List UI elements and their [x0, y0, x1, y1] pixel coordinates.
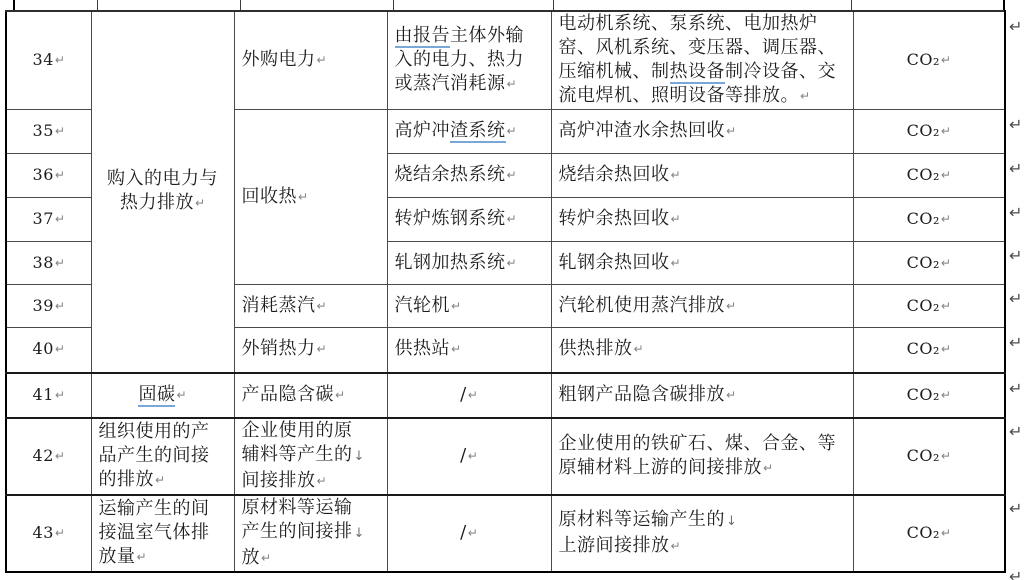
cell-end-mark: ↵	[451, 342, 461, 356]
source-line: 由报告主体外输	[395, 24, 544, 48]
table-row-41: 41↵ 固碳↵ 产品隐含碳↵ /↵ 粗钢产品隐含碳排放↵ CO₂↵	[6, 373, 1005, 418]
cell-end-mark: ↵	[55, 342, 65, 356]
fragment-border	[13, 0, 15, 10]
cell-end-mark: ↵	[55, 388, 65, 402]
cell-end-mark: ↵	[55, 449, 65, 463]
cell-description-41[interactable]: 粗钢产品隐含碳排放↵	[551, 373, 853, 418]
cell-source-40[interactable]: 供热站↵	[387, 328, 551, 373]
fragment-border	[97, 0, 98, 10]
row-number: 34	[33, 50, 54, 69]
table-row-34: 34↵ 购入的电力与 热力排放↵ 外购电力↵ 由报告主体外输 入的电力、热力 或…	[6, 11, 1005, 110]
cell-end-mark: ↵	[941, 388, 951, 402]
row-number: 35	[33, 121, 54, 140]
row-end-mark: ↵	[1009, 380, 1024, 398]
row-number: 36	[33, 165, 54, 184]
category-line: 运输产生的间	[99, 497, 227, 521]
subcategory-line: 间接排放↵	[242, 469, 380, 494]
source-line: 烧结余热系统↵	[395, 163, 544, 188]
cell-end-mark: ↵	[468, 388, 478, 402]
cell-description-34[interactable]: 电动机系统、泵系统、电加热炉 窑、风机系统、变压器、调压器、 压缩机械、制热设备…	[551, 11, 853, 110]
cell-end-mark: ↵	[507, 77, 517, 91]
row-end-mark: ↵	[1009, 290, 1024, 308]
cell-end-mark: ↵	[941, 342, 951, 356]
cell-end-mark: ↵	[941, 168, 951, 182]
row-number: 42	[33, 446, 54, 465]
cell-subcategory-embedded-carbon[interactable]: 产品隐含碳↵	[234, 373, 387, 418]
description-line: 压缩机械、制热设备制冷设备、交	[559, 60, 846, 84]
cell-description-43[interactable]: 原材料等运输产生的↓ 上游间接排放↵	[551, 495, 853, 572]
description-line: 企业使用的铁矿石、煤、合金、等	[559, 432, 846, 456]
cell-end-mark: ↵	[55, 53, 65, 67]
row-number: 38	[33, 253, 54, 272]
row-end-mark: ↵	[1009, 18, 1024, 36]
category-line: 热力排放↵	[94, 191, 232, 216]
fragment-border	[1003, 0, 1005, 10]
cell-end-mark: ↵	[763, 461, 773, 475]
cell-end-mark: ↵	[195, 196, 205, 210]
gas-label: CO₂	[907, 50, 940, 69]
row-42-number-cell[interactable]: 42↵	[6, 418, 91, 495]
cell-category-indirect-product[interactable]: 组织使用的产 品产生的间接 的排放↵	[91, 418, 234, 495]
cell-end-mark: ↵	[468, 449, 478, 463]
spellcheck-underline: 热设备	[670, 61, 726, 84]
cell-end-mark: ↵	[317, 342, 327, 356]
cell-end-mark: ↵	[671, 212, 681, 226]
gas-label: CO₂	[907, 253, 940, 272]
cell-end-mark: ↵	[941, 256, 951, 270]
cell-gas-36[interactable]: CO₂↵	[853, 154, 1005, 198]
cell-end-mark: ↵	[335, 388, 345, 402]
cell-source-34[interactable]: 由报告主体外输 入的电力、热力 或蒸汽消耗源↵	[387, 11, 551, 110]
spellcheck-underline: 由报告	[395, 25, 451, 48]
gas-label: CO₂	[907, 121, 940, 140]
cell-end-mark: ↵	[317, 474, 327, 488]
row-end-mark: ↵	[1009, 247, 1024, 265]
cell-end-mark: ↵	[317, 299, 327, 313]
cell-end-mark: ↵	[507, 256, 517, 270]
cell-end-mark: ↵	[507, 168, 517, 182]
description-line: 汽轮机使用蒸汽排放↵	[559, 294, 846, 319]
gas-label: CO₂	[907, 523, 940, 542]
row-39-number-cell[interactable]: 39↵	[6, 285, 91, 328]
description-line: 粗钢产品隐含碳排放↵	[559, 383, 846, 408]
cell-end-mark: ↵	[941, 124, 951, 138]
source-line: 入的电力、热力	[395, 48, 544, 72]
cell-category-transport-indirect[interactable]: 运输产生的间 接温室气体排 放量↵	[91, 495, 234, 572]
cell-description-40[interactable]: 供热排放↵	[551, 328, 853, 373]
source-line: 供热站↵	[395, 337, 544, 362]
cell-description-35[interactable]: 高炉冲渣水余热回收↵	[551, 110, 853, 154]
source-line: 或蒸汽消耗源↵	[395, 72, 544, 97]
cell-end-mark: ↵	[317, 53, 327, 67]
gas-label: CO₂	[907, 209, 940, 228]
line-break-mark: ↓	[726, 514, 737, 529]
row-number: 43	[33, 523, 54, 542]
cell-description-36[interactable]: 烧结余热回收↵	[551, 154, 853, 198]
description-line: 转炉余热回收↵	[559, 207, 846, 232]
cell-source-38[interactable]: 轧钢加热系统↵	[387, 242, 551, 285]
row-37-number-cell[interactable]: 37↵	[6, 198, 91, 242]
cell-end-mark: ↵	[941, 526, 951, 540]
row-end-mark: ↵	[1009, 568, 1024, 580]
source-slash: /↵	[390, 383, 549, 408]
description-line: 高炉冲渣水余热回收↵	[559, 119, 846, 144]
cell-subcategory-recovered-heat[interactable]: 回收热↵	[234, 110, 387, 285]
row-41-number-cell[interactable]: 41↵	[6, 373, 91, 418]
row-number: 41	[33, 385, 54, 404]
table-row-42: 42↵ 组织使用的产 品产生的间接 的排放↵ 企业使用的原 辅料等产生的↓ 间接…	[6, 418, 1005, 495]
cell-description-37[interactable]: 转炉余热回收↵	[551, 198, 853, 242]
cell-end-mark: ↵	[55, 299, 65, 313]
cell-end-mark: ↵	[507, 124, 517, 138]
row-34-number-cell[interactable]: 34↵	[6, 11, 91, 110]
row-number: 40	[33, 339, 54, 358]
row-number: 39	[33, 296, 54, 315]
cell-end-mark: ↵	[507, 212, 517, 226]
row-end-mark: ↵	[1009, 204, 1024, 222]
cell-gas-34[interactable]: CO₂↵	[853, 11, 1005, 110]
fragment-border	[240, 0, 241, 10]
cell-subcategory-transport[interactable]: 原材料等运输 产生的间接排↓ 放↵	[234, 495, 387, 572]
document-page: 34↵ 购入的电力与 热力排放↵ 外购电力↵ 由报告主体外输 入的电力、热力 或…	[0, 0, 1024, 580]
cell-category-carbon-fixation[interactable]: 固碳↵	[91, 373, 234, 418]
cell-end-mark: ↵	[137, 550, 147, 564]
cell-subcategory-raw-materials[interactable]: 企业使用的原 辅料等产生的↓ 间接排放↵	[234, 418, 387, 495]
category-line: 固碳↵	[94, 383, 232, 408]
cell-gas-35[interactable]: CO₂↵	[853, 110, 1005, 154]
cell-description-42[interactable]: 企业使用的铁矿石、煤、合金、等 原辅材料上游的间接排放↵	[551, 418, 853, 495]
line-break-mark: ↓	[354, 526, 365, 541]
cell-end-mark: ↵	[451, 299, 461, 313]
subcategory-line: 放↵	[242, 546, 380, 571]
cell-end-mark: ↵	[55, 168, 65, 182]
cell-end-mark: ↵	[671, 539, 681, 553]
fragment-border	[393, 0, 394, 10]
spellcheck-underline: 渣系统	[450, 120, 506, 143]
source-line: 高炉冲渣系统↵	[395, 119, 544, 144]
category-line: 的排放↵	[99, 468, 227, 493]
line-break-mark: ↓	[354, 449, 365, 464]
subcategory-label: 产品隐含碳↵	[242, 383, 380, 408]
row-number: 37	[33, 209, 54, 228]
row-end-mark: ↵	[1009, 500, 1024, 518]
cell-subcategory-purchased-power[interactable]: 外购电力↵	[234, 11, 387, 110]
subcategory-label: 外购电力↵	[242, 48, 380, 73]
fragment-border	[851, 0, 852, 10]
description-line: 窑、风机系统、变压器、调压器、	[559, 36, 846, 60]
subcategory-label: 外销热力↵	[242, 337, 380, 362]
row-end-mark: ↵	[1009, 423, 1024, 441]
source-slash: /↵	[390, 521, 549, 546]
source-line: 汽轮机↵	[395, 294, 544, 319]
row-end-mark: ↵	[1009, 334, 1024, 352]
cell-end-mark: ↵	[155, 473, 165, 487]
gas-label: CO₂	[907, 296, 940, 315]
source-line: 轧钢加热系统↵	[395, 251, 544, 276]
subcategory-line: 原材料等运输	[242, 496, 380, 520]
description-line: 电动机系统、泵系统、电加热炉	[559, 12, 846, 36]
category-line: 购入的电力与	[94, 167, 232, 191]
cell-end-mark: ↵	[261, 551, 271, 565]
cell-end-mark: ↵	[468, 526, 478, 540]
subcategory-line: 企业使用的原	[242, 419, 380, 443]
cell-gas-37[interactable]: CO₂↵	[853, 198, 1005, 242]
category-line: 接温室气体排	[99, 521, 227, 545]
cell-end-mark: ↵	[55, 212, 65, 226]
cell-end-mark: ↵	[800, 89, 810, 103]
cell-end-mark: ↵	[726, 388, 736, 402]
cell-end-mark: ↵	[941, 449, 951, 463]
cell-gas-42[interactable]: CO₂↵	[853, 418, 1005, 495]
cell-end-mark: ↵	[941, 53, 951, 67]
row-end-mark: ↵	[1009, 160, 1024, 178]
cell-description-39[interactable]: 汽轮机使用蒸汽排放↵	[551, 285, 853, 328]
row-38-number-cell[interactable]: 38↵	[6, 242, 91, 285]
cell-end-mark: ↵	[55, 256, 65, 270]
fragment-border	[553, 0, 554, 10]
description-line: 原辅材料上游的间接排放↵	[559, 456, 846, 481]
gas-label: CO₂	[907, 339, 940, 358]
cell-gas-41[interactable]: CO₂↵	[853, 373, 1005, 418]
gas-label: CO₂	[907, 385, 940, 404]
cell-gas-39[interactable]: CO₂↵	[853, 285, 1005, 328]
cell-end-mark: ↵	[634, 342, 644, 356]
description-line: 供热排放↵	[559, 337, 846, 362]
cell-subcategory-steam-consumed[interactable]: 消耗蒸汽↵	[234, 285, 387, 328]
description-line: 原材料等运输产生的↓	[559, 508, 846, 534]
cell-end-mark: ↵	[941, 299, 951, 313]
cell-end-mark: ↵	[298, 190, 308, 204]
cell-end-mark: ↵	[726, 124, 736, 138]
row-43-number-cell[interactable]: 43↵	[6, 495, 91, 572]
gas-label: CO₂	[907, 446, 940, 465]
cell-end-mark: ↵	[726, 299, 736, 313]
subcategory-label: 回收热↵	[242, 185, 380, 210]
cell-end-mark: ↵	[671, 168, 681, 182]
cell-end-mark: ↵	[176, 388, 186, 402]
gas-label: CO₂	[907, 165, 940, 184]
cell-source-41[interactable]: /↵	[387, 373, 551, 418]
description-line: 上游间接排放↵	[559, 534, 846, 559]
category-line: 品产生的间接	[99, 444, 227, 468]
cell-gas-40[interactable]: CO₂↵	[853, 328, 1005, 373]
cell-end-mark: ↵	[671, 256, 681, 270]
cell-category-electricity-heat[interactable]: 购入的电力与 热力排放↵	[91, 11, 234, 373]
emission-sources-table: 34↵ 购入的电力与 热力排放↵ 外购电力↵ 由报告主体外输 入的电力、热力 或…	[5, 10, 1006, 573]
description-line: 流电焊机、照明设备等排放。↵	[559, 84, 846, 109]
cell-source-35[interactable]: 高炉冲渣系统↵	[387, 110, 551, 154]
cell-end-mark: ↵	[55, 526, 65, 540]
cell-end-mark: ↵	[941, 212, 951, 226]
cell-source-42[interactable]: /↵	[387, 418, 551, 495]
description-line: 轧钢余热回收↵	[559, 251, 846, 276]
cell-source-37[interactable]: 转炉炼钢系统↵	[387, 198, 551, 242]
row-end-mark: ↵	[1009, 116, 1024, 134]
table-row-43: 43↵ 运输产生的间 接温室气体排 放量↵ 原材料等运输 产生的间接排↓ 放↵ …	[6, 495, 1005, 572]
row-36-number-cell[interactable]: 36↵	[6, 154, 91, 198]
subcategory-label: 消耗蒸汽↵	[242, 294, 380, 319]
subcategory-line: 辅料等产生的↓	[242, 443, 380, 469]
cell-source-36[interactable]: 烧结余热系统↵	[387, 154, 551, 198]
cell-description-38[interactable]: 轧钢余热回收↵	[551, 242, 853, 285]
source-line: 转炉炼钢系统↵	[395, 207, 544, 232]
row-35-number-cell[interactable]: 35↵	[6, 110, 91, 154]
source-slash: /↵	[390, 444, 549, 469]
spellcheck-underline: 固碳	[138, 384, 175, 407]
cell-subcategory-heat-sold[interactable]: 外销热力↵	[234, 328, 387, 373]
description-line: 烧结余热回收↵	[559, 163, 846, 188]
subcategory-line: 产生的间接排↓	[242, 520, 380, 546]
row-40-number-cell[interactable]: 40↵	[6, 328, 91, 373]
cell-gas-43[interactable]: CO₂↵	[853, 495, 1005, 572]
cell-end-mark: ↵	[55, 124, 65, 138]
category-line: 放量↵	[99, 545, 227, 570]
cell-source-39[interactable]: 汽轮机↵	[387, 285, 551, 328]
category-line: 组织使用的产	[99, 420, 227, 444]
cell-gas-38[interactable]: CO₂↵	[853, 242, 1005, 285]
cell-source-43[interactable]: /↵	[387, 495, 551, 572]
